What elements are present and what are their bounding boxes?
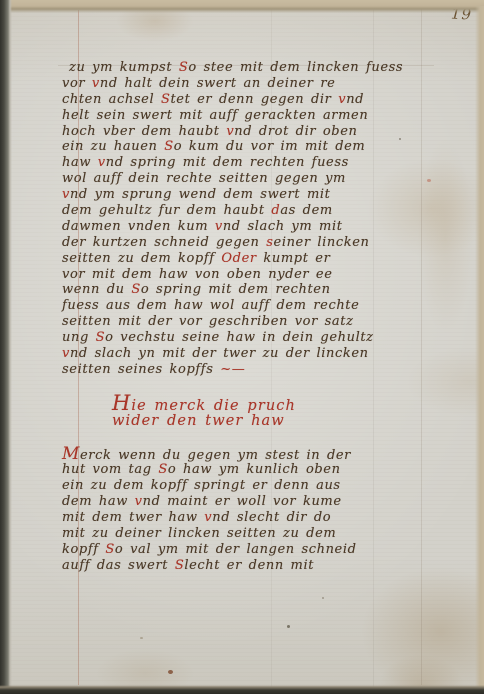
ink-text: seitten zu dem kopff (62, 251, 221, 266)
manuscript-line: helt sein swert mit auff gerackten armen (62, 108, 437, 124)
manuscript-line: hoch vber dem haubt vnd drot dir oben (62, 124, 437, 140)
manuscript-line: Merck wenn du gegen ym stest in der (62, 446, 437, 462)
manuscript-page: 19 zu ym kumpst So stee mit dem lincken … (0, 0, 484, 694)
ink-text: nd slach ym mit (223, 219, 343, 234)
ink-text: nd ym sprung wend dem swert mit (70, 187, 331, 202)
ink-text: nd spring mit dem rechten fuess (106, 155, 349, 170)
manuscript-line: chten achsel Stet er denn gegen dir vnd (62, 92, 437, 108)
rubricated-text: S (105, 542, 115, 557)
rubricated-text: S (164, 139, 174, 154)
ink-text: nd drot dir oben (234, 124, 357, 139)
manuscript-line: dem gehultz fur dem haubt das dem (62, 203, 437, 219)
ink-text: fuess aus dem haw wol auff dem rechte (62, 298, 359, 313)
manuscript-line: wenn du So spring mit dem rechten (62, 282, 437, 298)
ink-text: nd slecht dir do (212, 510, 331, 525)
manuscript-line: seitten mit der vor geschriben vor satz (62, 314, 437, 330)
red-ink-smudge (427, 179, 431, 182)
ink-text: o vechstu seine haw in dein gehultz (105, 330, 374, 345)
manuscript-line: dawmen vnden kum vnd slach ym mit (62, 219, 437, 235)
manuscript-line: ung So vechstu seine haw in dein gehultz (62, 330, 437, 346)
manuscript-line: wol auff dein rechte seitten gegen ym (62, 171, 437, 187)
rubricated-text: v (98, 155, 106, 170)
ink-text: lecht er denn mit (184, 558, 314, 573)
ink-text: o kum du vor im mit dem (174, 139, 366, 154)
ink-speck (399, 138, 401, 140)
manuscript-line: ein zu dem kopff springt er denn aus (62, 478, 437, 494)
ink-text: dawmen vnden kum (62, 219, 215, 234)
stain-speck (140, 637, 143, 639)
ink-text: chten achsel (62, 92, 161, 107)
ink-speck (287, 625, 290, 628)
ink-text: nd (346, 92, 364, 107)
manuscript-line: haw vnd spring mit dem rechten fuess (62, 155, 437, 171)
manuscript-photo: 19 zu ym kumpst So stee mit dem lincken … (0, 0, 484, 694)
manuscript-line: Hie merck die pruch (112, 395, 484, 413)
ink-text: o stee mit dem lincken fuess (188, 60, 403, 75)
rubricated-text: S (131, 282, 141, 297)
manuscript-line: der kurtzen schneid gegen seiner lincken (62, 235, 437, 251)
manuscript-line: wider den twer haw (112, 413, 484, 431)
ink-text: tet er denn gegen dir (170, 92, 338, 107)
ink-speck (168, 670, 173, 674)
paragraph-zornhaw-text: zu ym kumpst So stee mit dem lincken fue… (62, 60, 437, 378)
ink-text: mit dem twer haw (62, 510, 204, 525)
manuscript-line: hut vom tag So haw ym kunlich oben (62, 462, 437, 478)
rubricated-text: ~— (220, 362, 245, 377)
ink-text: wol auff dein rechte seitten gegen ym (62, 171, 346, 186)
rubricated-text: S (175, 558, 185, 573)
manuscript-line: mit zu deiner lincken seitten zu dem (62, 526, 437, 542)
ink-text: o val ym mit der langen schneid (115, 542, 357, 557)
ink-text: auff das swert (62, 558, 175, 573)
ink-text: vor mit dem haw von oben nyder ee (62, 267, 333, 282)
manuscript-line: vnd slach yn mit der twer zu der lincken (62, 346, 437, 362)
rubricated-text: v (62, 187, 70, 202)
manuscript-line: ein zu hauen So kum du vor im mit dem (62, 139, 437, 155)
page-top-edge (8, 0, 484, 13)
manuscript-line: mit dem twer haw vnd slecht dir do (62, 510, 437, 526)
ink-text: o spring mit dem rechten (141, 282, 331, 297)
book-binding-edge (0, 0, 12, 694)
rubric-heading: Hie merck die pruchwider den twer haw (62, 395, 484, 430)
rubricated-text: S (158, 462, 168, 477)
manuscript-line: zu ym kumpst So stee mit dem lincken fue… (62, 60, 437, 76)
rubricated-text: v (135, 494, 143, 509)
paragraph-pruch-text: Merck wenn du gegen ym stest in derhut v… (62, 446, 437, 574)
ink-text: dem haw (62, 494, 135, 509)
ink-text: erck wenn du gegen ym stest in der (80, 448, 351, 463)
rubricated-text: Oder (221, 251, 256, 266)
ink-text: ein zu hauen (62, 139, 164, 154)
manuscript-line: vnd ym sprung wend dem swert mit (62, 187, 437, 203)
ink-text: helt sein swert mit auff gerackten armen (62, 108, 368, 123)
ink-text: vor (62, 76, 92, 91)
ink-text: zu ym kumpst (69, 60, 179, 75)
rubricated-text: M (62, 448, 80, 463)
page-right-edge (475, 6, 484, 690)
manuscript-line: vor vnd halt dein swert an deiner re (62, 76, 437, 92)
rubricated-text: v (338, 92, 346, 107)
rubricated-text: S (179, 60, 189, 75)
ink-text: kopff (62, 542, 105, 557)
rubricated-text: wider den twer haw (112, 413, 285, 429)
manuscript-line: fuess aus dem haw wol auff dem rechte (62, 298, 437, 314)
ink-text: mit zu deiner lincken seitten zu dem (62, 526, 336, 541)
rubricated-text: v (92, 76, 100, 91)
ink-text: hoch vber dem haubt (62, 124, 226, 139)
ink-text: nd slach yn mit der twer zu der lincken (70, 346, 369, 361)
rubricated-text: d (271, 203, 280, 218)
ink-text: dem gehultz fur dem haubt (62, 203, 271, 218)
ink-text: seitten mit der vor geschriben vor satz (62, 314, 354, 329)
rubricated-text: v (215, 219, 223, 234)
manuscript-line: seitten seines kopffs ~— (62, 362, 437, 378)
ink-text: seitten seines kopffs (62, 362, 220, 377)
stain-speck (322, 597, 324, 599)
rubricated-text: S (96, 330, 106, 345)
manuscript-line: dem haw vnd maint er woll vor kume (62, 494, 437, 510)
ink-text: nd maint er woll vor kume (143, 494, 342, 509)
ink-text: haw (62, 155, 98, 170)
ink-text: o haw ym kunlich oben (168, 462, 341, 477)
manuscript-line: auff das swert Slecht er denn mit (62, 558, 437, 574)
ink-text: hut vom tag (62, 462, 158, 477)
ink-text: der kurtzen schneid gegen (62, 235, 266, 250)
ink-text: einer lincken (274, 235, 370, 250)
ink-text: ein zu dem kopff springt er denn aus (62, 478, 341, 493)
rubricated-text: v (62, 346, 70, 361)
page-bottom-edge (0, 685, 484, 694)
ink-text: as dem (280, 203, 333, 218)
manuscript-line: seitten zu dem kopff Oder kumpt er (62, 251, 437, 267)
ink-text: nd halt dein swert an deiner re (100, 76, 336, 91)
ink-text: ung (62, 330, 96, 345)
ink-text: wenn du (62, 282, 131, 297)
manuscript-line: vor mit dem haw von oben nyder ee (62, 267, 437, 283)
rubricated-text: s (266, 235, 273, 250)
ink-text: kumpt er (257, 251, 331, 266)
manuscript-line: kopff So val ym mit der langen schneid (62, 542, 437, 558)
